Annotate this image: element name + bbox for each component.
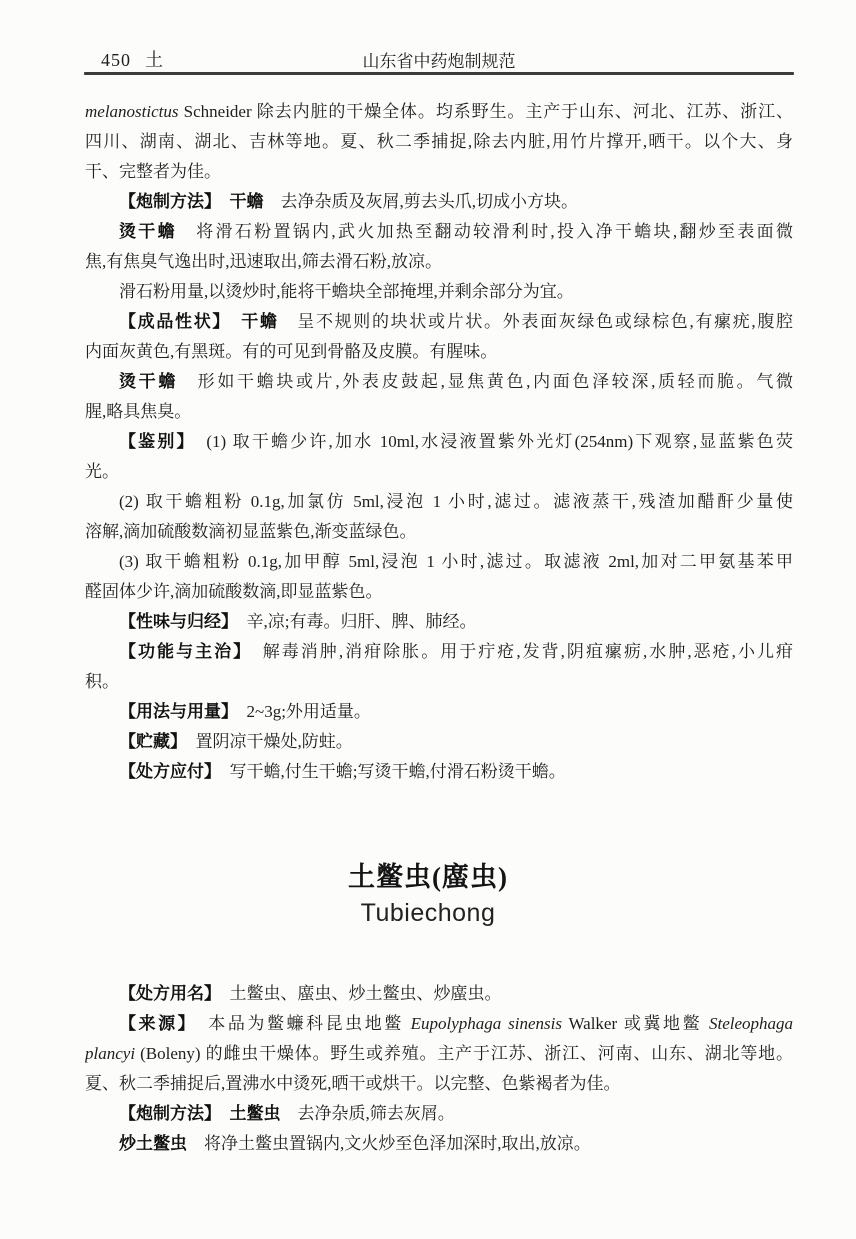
text-line: (2) 取干蟾粗粉 0.1g,加氯仿 5ml,浸泡 1 小时,滤过。滤液蒸干,残… (85, 487, 793, 517)
text-segment: 【炮制方法】 (119, 1104, 213, 1123)
text-segment: Steleophaga (709, 1014, 793, 1033)
text-line: 【处方应付】 写干蟾,付生干蟾;写烫干蟾,付滑石粉烫干蟾。 (85, 757, 793, 787)
text-segment: (Boleny) 的雌虫干燥体。野生或养殖。主产于江苏、浙江、河南、山东、湖北等… (135, 1044, 793, 1063)
scanned-book-page: 450土 山东省中药炮制规范 melanostictus Schneider 除… (0, 0, 856, 1239)
text-line: 【炮制方法】 土鳖虫 去净杂质,筛去灰屑。 (85, 1099, 793, 1129)
text-line: 烫干蟾 将滑石粉置锅内,武火加热至翻动较滑利时,投入净干蟾块,翻炒至表面微 (85, 217, 793, 247)
text-segment (213, 192, 230, 211)
text-segment: 干蟾 (230, 192, 264, 211)
text-line: 【性味与归经】 辛,凉;有毒。归肝、脾、肺经。 (85, 607, 793, 637)
monograph-title: 土鳖虫(䗪虫) (0, 855, 856, 894)
text-segment: 【炮制方法】 (119, 192, 213, 211)
text-segment: 烫干蟾 (119, 222, 177, 241)
text-segment: 2~3g;外用适量。 (230, 702, 371, 721)
text-line: 炒土鳖虫 将净土鳖虫置锅内,文火炒至色泽加深时,取出,放凉。 (85, 1129, 793, 1159)
text-line: 【处方用名】 土鳖虫、䗪虫、炒土鳖虫、炒䗪虫。 (85, 979, 793, 1009)
text-segment: 腥,略具焦臭。 (85, 402, 191, 421)
text-line: 干、完整者为佳。 (85, 157, 793, 187)
text-segment: 解毒消肿,消疳除胀。用于疔疮,发背,阴疽瘰疬,水肿,恶疮,小儿疳 (244, 642, 793, 661)
text-segment: 写干蟾,付生干蟾;写烫干蟾,付滑石粉烫干蟾。 (213, 762, 566, 781)
text-line: 醛固体少许,滴加硫酸数滴,即显蓝紫色。 (85, 577, 793, 607)
text-segment: 去净杂质,筛去灰屑。 (281, 1104, 455, 1123)
text-line: 【贮藏】 置阴凉干燥处,防蛀。 (85, 727, 793, 757)
text-segment: 干蟾 (241, 312, 278, 331)
monograph-pinyin: Tubiechong (0, 899, 856, 928)
text-segment: 去净杂质及灰屑,剪去头爪,切成小方块。 (264, 192, 579, 211)
monograph-prev-body: melanostictus Schneider 除去内脏的干燥全体。均系野生。主… (85, 97, 793, 787)
text-line: 【来源】 本品为鳖蠊科昆虫地鳖 Eupolyphaga sinensis Wal… (85, 1009, 793, 1039)
text-segment: 炒土鳖虫 (119, 1134, 187, 1153)
text-segment: 夏、秋二季捕捉后,置沸水中烫死,晒干或烘干。以完整、色紫褐者为佳。 (85, 1074, 621, 1093)
running-title: 山东省中药炮制规范 (85, 47, 793, 72)
text-line: 溶解,滴加硫酸数滴初显蓝紫色,渐变蓝绿色。 (85, 517, 793, 547)
text-segment: 滑石粉用量,以烫炒时,能将干蟾块全部掩埋,并剩余部分为宜。 (119, 282, 574, 301)
text-line: 焦,有焦臭气逸出时,迅速取出,筛去滑石粉,放凉。 (85, 247, 793, 277)
text-segment: 【成品性状】 (119, 312, 223, 331)
text-segment: Schneider 除去内脏的干燥全体。均系野生。主产于山东、河北、江苏、浙江、 (184, 102, 793, 121)
text-segment: (3) 取干蟾粗粉 0.1g,加甲醇 5ml,浸泡 1 小时,滤过。取滤液 2m… (119, 552, 793, 571)
monograph-new-body: 【处方用名】 土鳖虫、䗪虫、炒土鳖虫、炒䗪虫。【来源】 本品为鳖蠊科昆虫地鳖 E… (85, 979, 793, 1159)
text-segment: 置阴凉干燥处,防蛀。 (179, 732, 353, 751)
text-segment: 形如干蟾块或片,外表皮鼓起,显焦黄色,内面色泽较深,质轻而脆。气微 (178, 372, 793, 391)
text-segment: 光。 (85, 462, 119, 481)
text-segment: 将净土鳖虫置锅内,文火炒至色泽加深时,取出,放凉。 (187, 1134, 591, 1153)
text-segment: 醛固体少许,滴加硫酸数滴,即显蓝紫色。 (85, 582, 383, 601)
text-segment: plancyi (85, 1044, 135, 1063)
text-segment: 干、完整者为佳。 (85, 162, 221, 181)
text-segment: 【贮藏】 (119, 732, 179, 751)
text-segment (213, 1104, 230, 1123)
text-line: 【炮制方法】 干蟾 去净杂质及灰屑,剪去头爪,切成小方块。 (85, 187, 793, 217)
text-segment: Eupolyphaga sinensis (411, 1014, 562, 1033)
text-segment: 本品为鳖蠊科昆虫地鳖 (189, 1014, 411, 1033)
text-segment: 四川、湖南、湖北、吉林等地。夏、秋二季捕捉,除去内脏,用竹片撑开,晒干。以个大、… (85, 132, 793, 151)
text-segment: (1) 取干蟾少许,加水 10ml,水浸液置紫外光灯(254nm)下观察,显蓝紫… (187, 432, 793, 451)
text-segment: 【功能与主治】 (119, 642, 244, 661)
text-segment: 土鳖虫 (230, 1104, 281, 1123)
text-line: 内面灰黄色,有黑斑。有的可见到骨骼及皮膜。有腥味。 (85, 337, 793, 367)
text-segment: 将滑石粉置锅内,武火加热至翻动较滑利时,投入净干蟾块,翻炒至表面微 (177, 222, 793, 241)
text-line: 光。 (85, 457, 793, 487)
text-segment: 焦,有焦臭气逸出时,迅速取出,筛去滑石粉,放凉。 (85, 252, 442, 271)
text-line: 积。 (85, 667, 793, 697)
text-line: 【用法与用量】 2~3g;外用适量。 (85, 697, 793, 727)
text-segment: 【处方用名】 (119, 984, 213, 1003)
text-segment: melanostictus (85, 102, 184, 121)
text-line: 【鉴别】 (1) 取干蟾少许,加水 10ml,水浸液置紫外光灯(254nm)下观… (85, 427, 793, 457)
text-line: 四川、湖南、湖北、吉林等地。夏、秋二季捕捉,除去内脏,用竹片撑开,晒干。以个大、… (85, 127, 793, 157)
text-line: 腥,略具焦臭。 (85, 397, 793, 427)
text-line: 烫干蟾 形如干蟾块或片,外表皮鼓起,显焦黄色,内面色泽较深,质轻而脆。气微 (85, 367, 793, 397)
text-segment: Walker 或冀地鳖 (562, 1014, 709, 1033)
text-segment: 呈不规则的块状或片状。外表面灰绿色或绿棕色,有瘰疣,腹腔 (279, 312, 793, 331)
text-line: 滑石粉用量,以烫炒时,能将干蟾块全部掩埋,并剩余部分为宜。 (85, 277, 793, 307)
text-line: melanostictus Schneider 除去内脏的干燥全体。均系野生。主… (85, 97, 793, 127)
text-segment: 辛,凉;有毒。归肝、脾、肺经。 (230, 612, 477, 631)
text-segment: 【鉴别】 (119, 432, 187, 451)
text-segment: 内面灰黄色,有黑斑。有的可见到骨骼及皮膜。有腥味。 (85, 342, 497, 361)
text-segment: 烫干蟾 (119, 372, 178, 391)
text-segment: 【来源】 (119, 1014, 189, 1033)
text-segment: 溶解,滴加硫酸数滴初显蓝紫色,渐变蓝绿色。 (85, 522, 417, 541)
text-segment: 【用法与用量】 (119, 702, 230, 721)
text-line: 【成品性状】 干蟾 呈不规则的块状或片状。外表面灰绿色或绿棕色,有瘰疣,腹腔 (85, 307, 793, 337)
text-segment: (2) 取干蟾粗粉 0.1g,加氯仿 5ml,浸泡 1 小时,滤过。滤液蒸干,残… (119, 492, 793, 511)
text-segment: 【处方应付】 (119, 762, 213, 781)
header-rule (84, 72, 794, 75)
text-line: (3) 取干蟾粗粉 0.1g,加甲醇 5ml,浸泡 1 小时,滤过。取滤液 2m… (85, 547, 793, 577)
text-line: 夏、秋二季捕捉后,置沸水中烫死,晒干或烘干。以完整、色紫褐者为佳。 (85, 1069, 793, 1099)
text-segment: 【性味与归经】 (119, 612, 230, 631)
text-segment: 土鳖虫、䗪虫、炒土鳖虫、炒䗪虫。 (213, 984, 502, 1003)
text-line: 【功能与主治】 解毒消肿,消疳除胀。用于疔疮,发背,阴疽瘰疬,水肿,恶疮,小儿疳 (85, 637, 793, 667)
text-segment: 积。 (85, 672, 119, 691)
text-line: plancyi (Boleny) 的雌虫干燥体。野生或养殖。主产于江苏、浙江、河… (85, 1039, 793, 1069)
text-segment (223, 312, 242, 331)
